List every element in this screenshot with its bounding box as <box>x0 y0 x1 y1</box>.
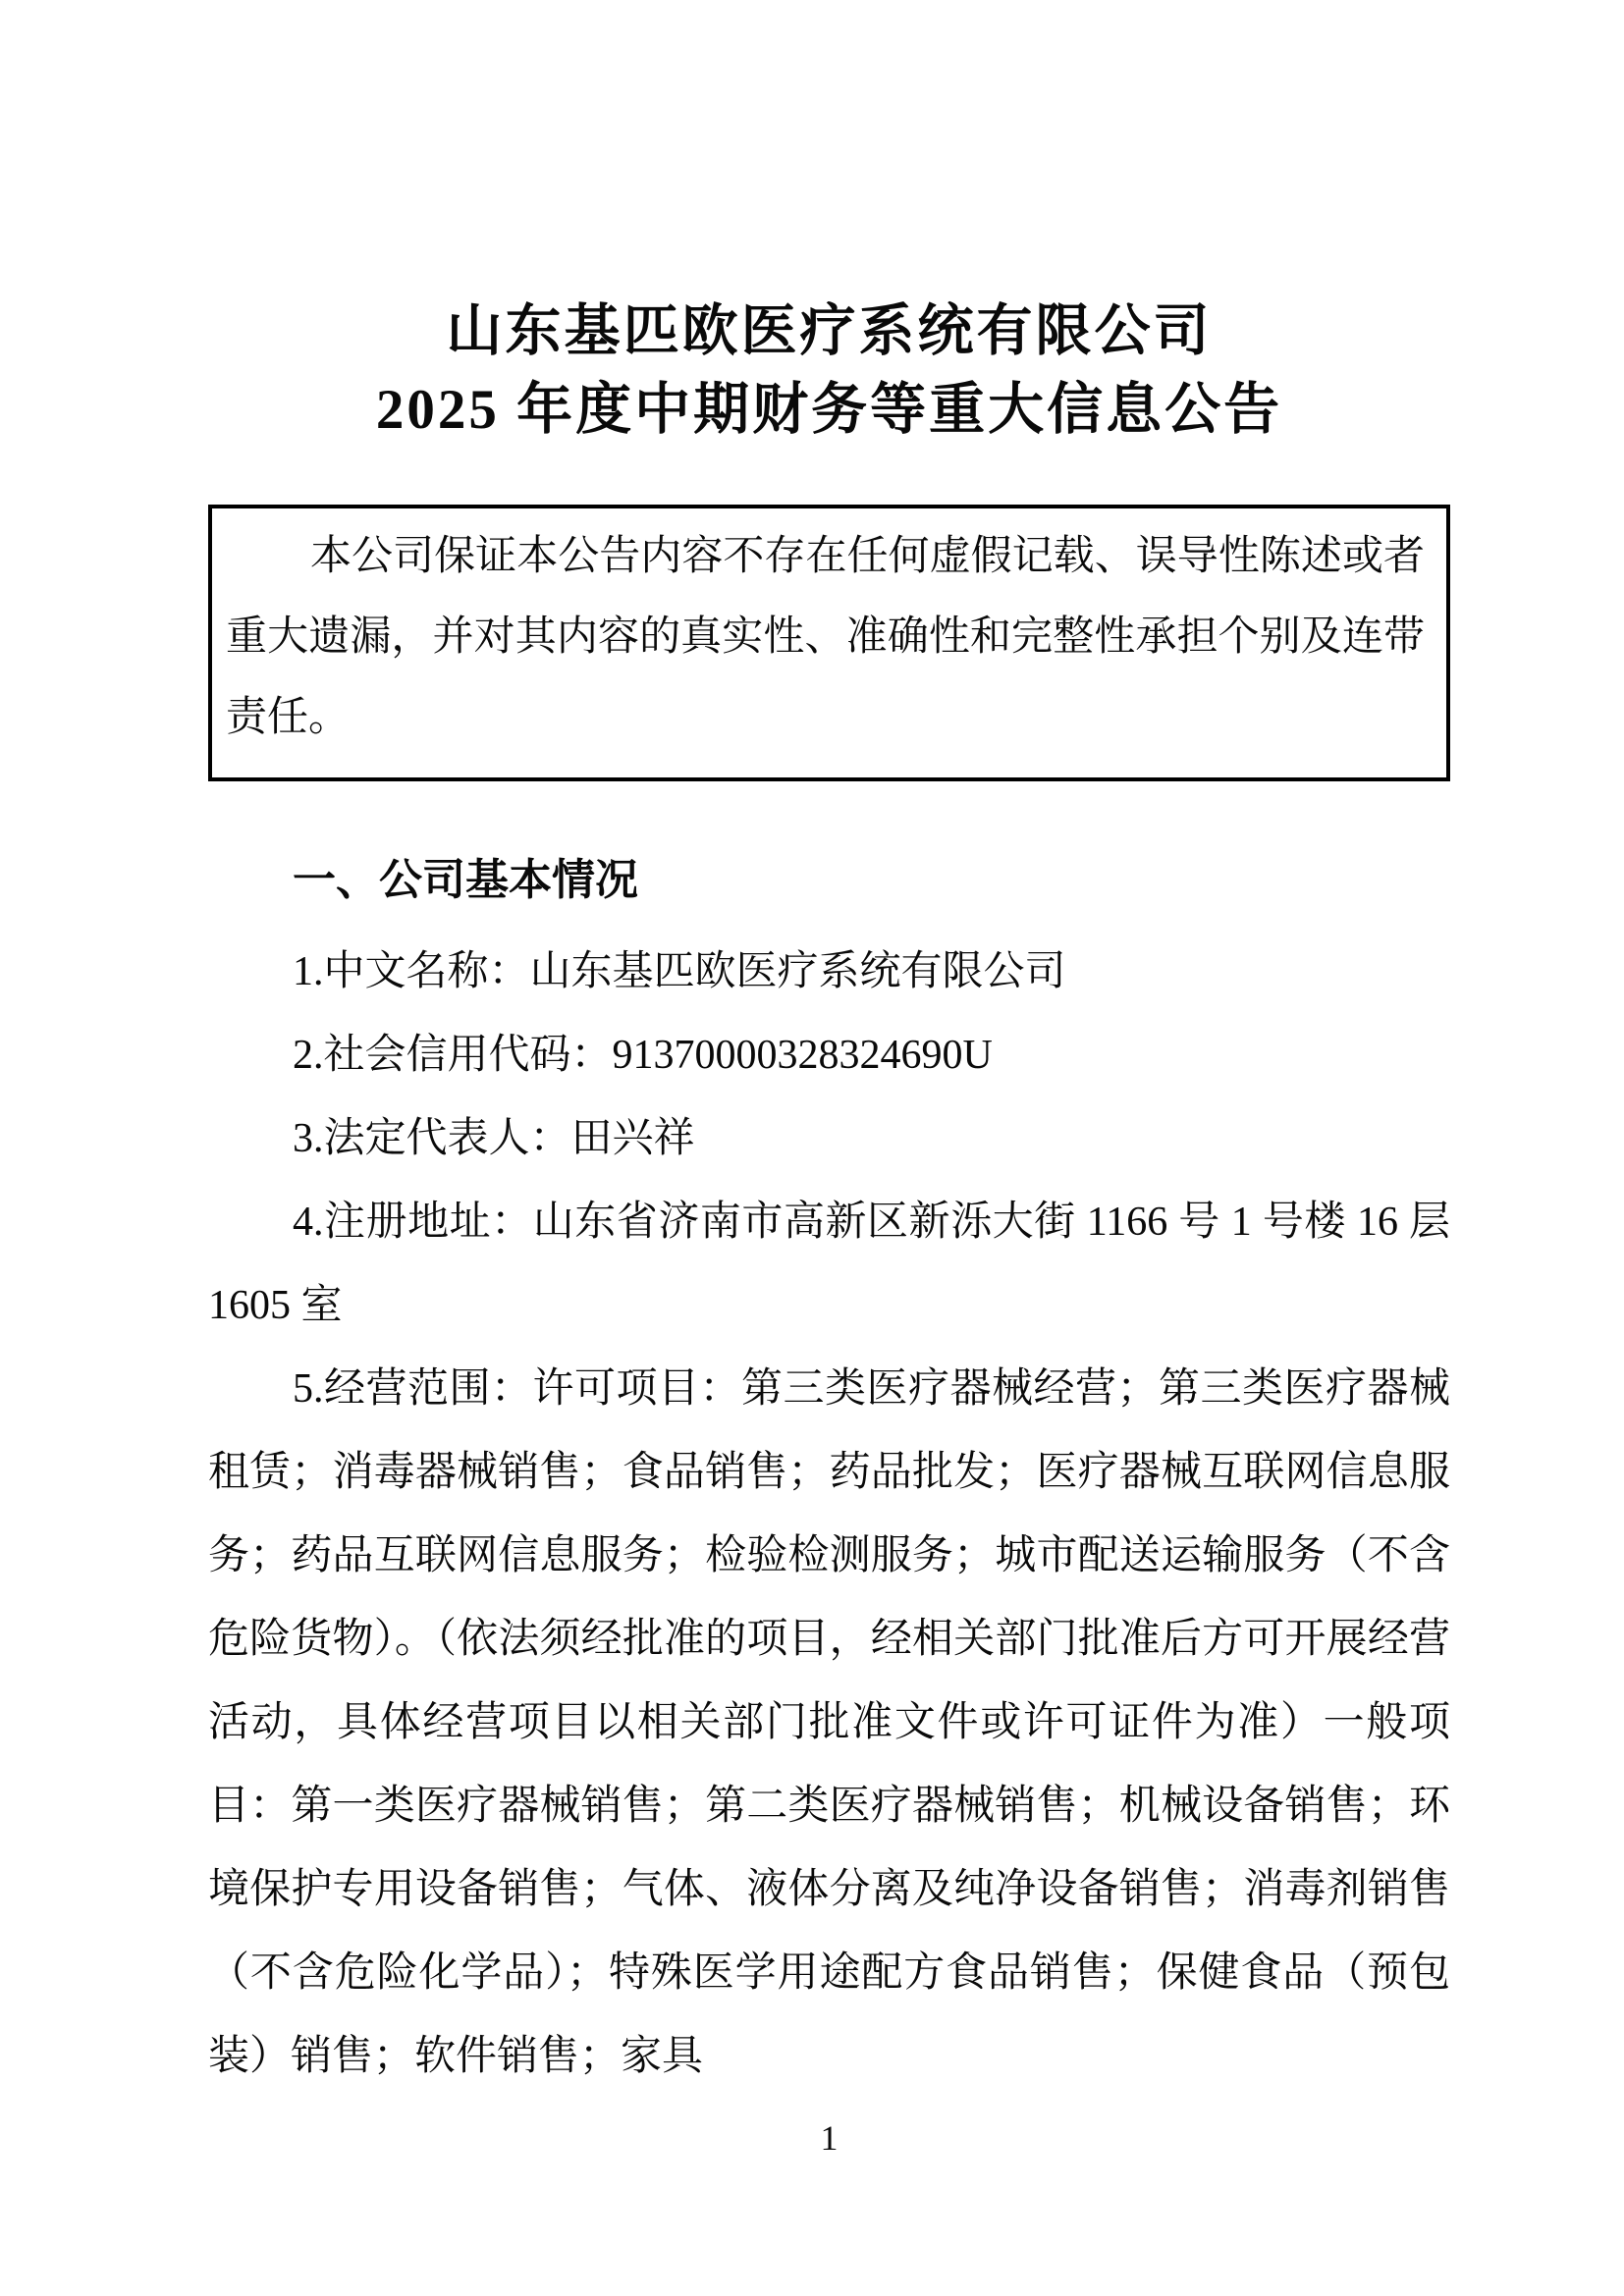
document-content: 山东基匹欧医疗系统有限公司 2025 年度中期财务等重大信息公告 本公司保证本公… <box>208 0 1450 2099</box>
document-page: 山东基匹欧医疗系统有限公司 2025 年度中期财务等重大信息公告 本公司保证本公… <box>0 0 1624 2296</box>
document-title-line-2: 2025 年度中期财务等重大信息公告 <box>208 371 1450 450</box>
item-chinese-name: 1.中文名称：山东基匹欧医疗系统有限公司 <box>208 931 1450 1014</box>
disclaimer-box: 本公司保证本公告内容不存在任何虚假记载、误导性陈述或者重大遗漏，并对其内容的真实… <box>208 505 1450 781</box>
item-legal-representative: 3.法定代表人：田兴祥 <box>208 1097 1450 1181</box>
item-credit-code: 2.社会信用代码：91370000328324690U <box>208 1014 1450 1097</box>
company-info-list: 1.中文名称：山东基匹欧医疗系统有限公司 2.社会信用代码：9137000032… <box>208 931 1450 2099</box>
document-title-line-1: 山东基匹欧医疗系统有限公司 <box>208 293 1450 371</box>
page-number: 1 <box>208 2116 1450 2160</box>
disclaimer-text: 本公司保证本公告内容不存在任何虚假记载、误导性陈述或者重大遗漏，并对其内容的真实… <box>226 516 1425 758</box>
item-registered-address: 4.注册地址：山东省济南市高新区新泺大街 1166 号 1 号楼 16 层 16… <box>208 1181 1450 1348</box>
section-heading-company-basic-info: 一、公司基本情况 <box>208 856 1450 905</box>
document-title: 山东基匹欧医疗系统有限公司 2025 年度中期财务等重大信息公告 <box>208 293 1450 450</box>
item-business-scope: 5.经营范围：许可项目：第三类医疗器械经营；第三类医疗器械租赁；消毒器械销售；食… <box>208 1348 1450 2099</box>
